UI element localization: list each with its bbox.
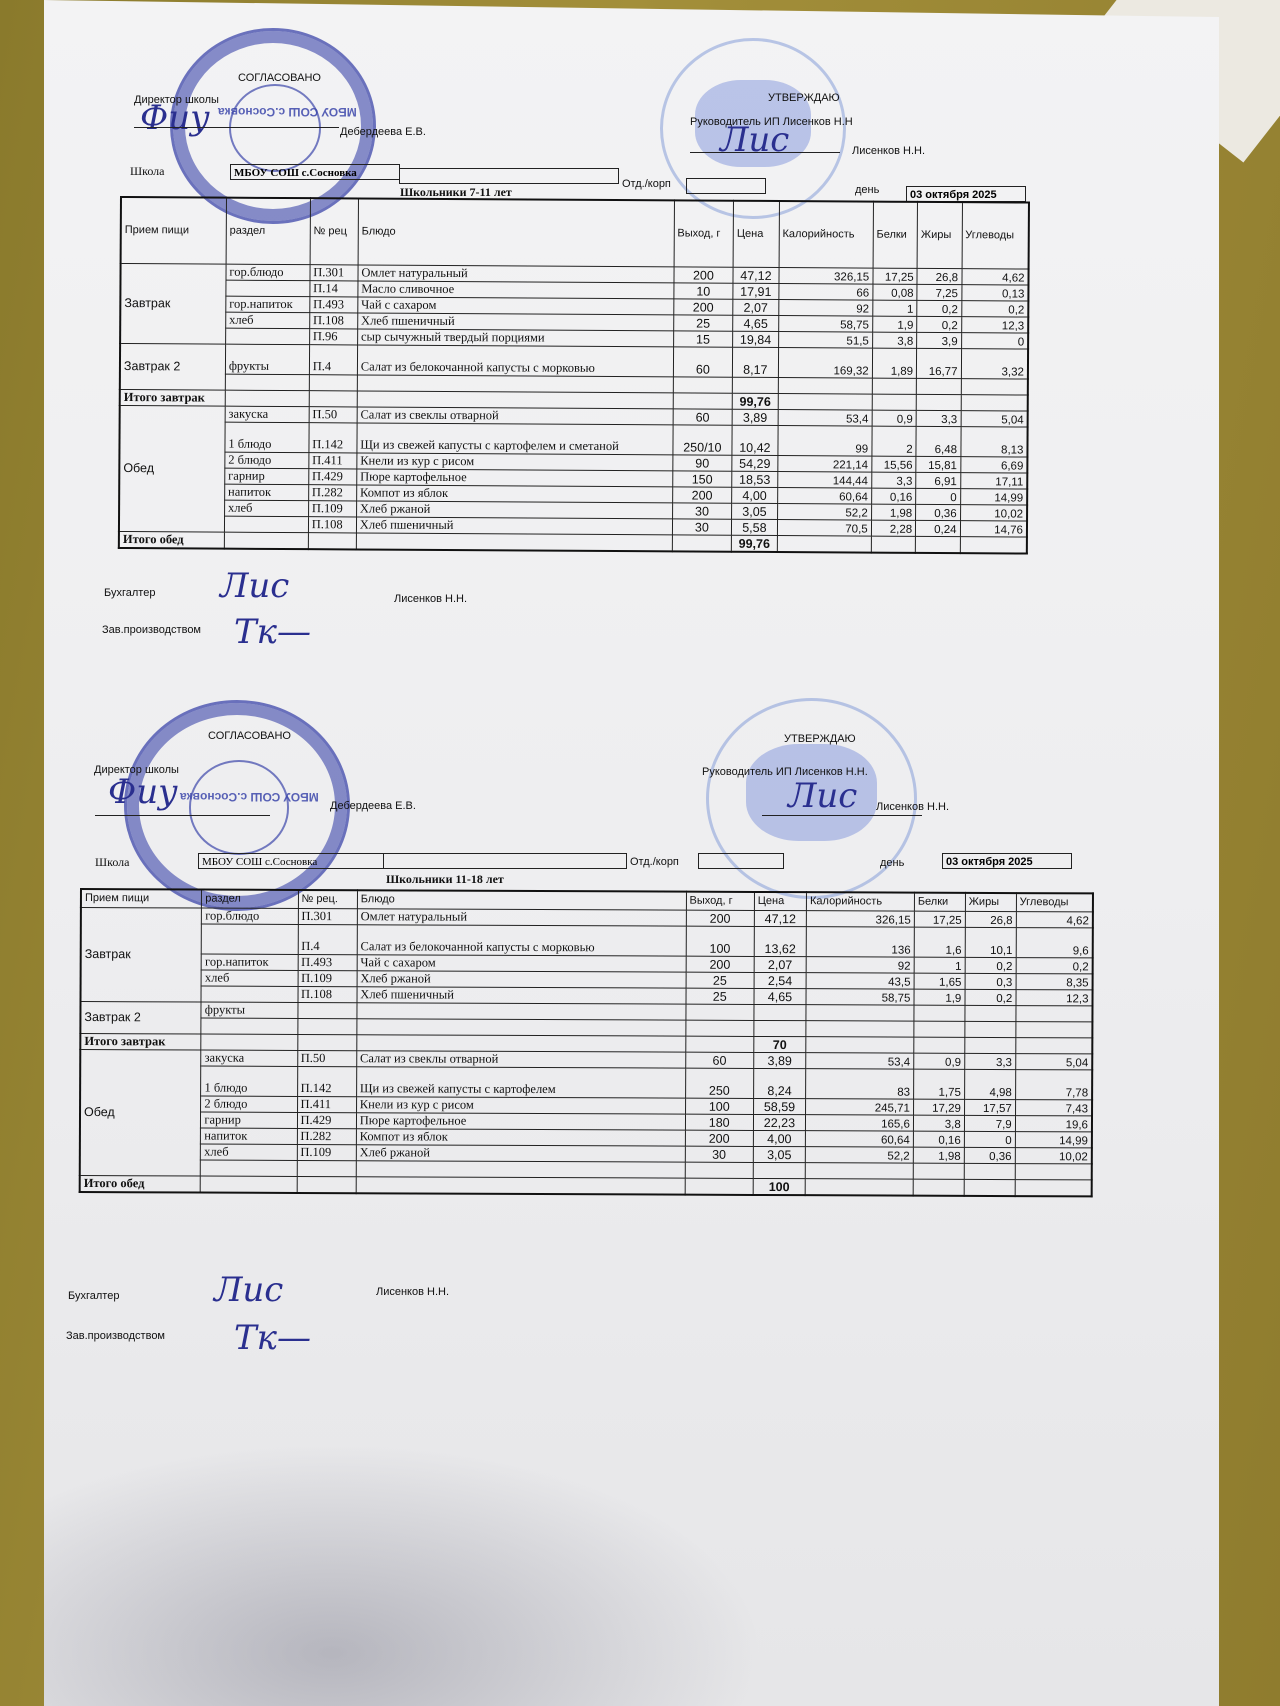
dish-cell: Компот из яблок [356,1128,685,1145]
dept-label: Отд./корп [622,178,671,190]
protein-cell [914,1005,965,1021]
dish-cell: Чай с сахаром [358,296,674,314]
empty-cell [673,392,733,408]
protein-cell: 1,98 [871,504,916,520]
accountant-signature-2: Лис [214,1270,283,1310]
director-signature: Фиу [140,98,210,138]
carbs-cell: 7,78 [1015,1069,1092,1099]
kcal-cell: 58,75 [806,988,914,1004]
carbs-cell: 10,02 [960,504,1027,520]
section-cell: гарнир [225,468,309,485]
empty-cell [916,394,960,410]
table-row: П.4Салат из белокочанной капусты с морко… [81,923,1093,957]
protein-cell: 3,3 [871,472,916,488]
kcal-cell [805,1162,913,1178]
yield-cell: 200 [672,486,732,502]
recipe-cell: П.411 [297,1096,356,1112]
section-cell [224,516,308,533]
recipe-cell: П.142 [297,1066,356,1096]
recipe-cell: П.108 [309,312,357,328]
price-cell: 47,12 [733,267,779,283]
recipe-cell: П.282 [308,484,356,500]
kcal-cell: 52,2 [805,1146,913,1162]
price-cell: 47,12 [754,910,806,926]
column-header: Выход, г [674,200,734,266]
accountant-name-2: Лисенков Н.Н. [376,1286,449,1298]
section-cell: гор.напиток [226,296,310,313]
dish-cell: Масло сливочное [358,280,674,298]
empty-cell [685,1036,753,1052]
production-signature: Тк— [234,612,311,652]
recipe-cell: П.429 [297,1112,356,1128]
approved-right-name-2: Лисенков Н.Н. [876,801,949,813]
approved-right-heading: УТВЕРЖДАЮ [768,92,840,104]
yield-cell: 250/10 [673,424,733,454]
total-label: Итого завтрак [80,1033,201,1050]
fat-cell [916,378,960,394]
kcal-cell: 58,75 [778,315,872,332]
empty-cell [201,1176,297,1193]
protein-cell: 17,29 [913,1099,964,1115]
empty-cell [224,532,308,549]
dish-cell: Омлет натуральный [358,264,674,282]
empty-cell [672,534,732,551]
kcal-cell: 326,15 [806,910,914,926]
section-cell [201,986,297,1002]
price-cell: 5,58 [732,519,778,535]
column-header: Цена [733,201,779,267]
protein-cell: 1,75 [913,1069,964,1099]
carbs-cell: 9,6 [1016,927,1093,957]
protein-cell [872,378,917,394]
fat-cell: 0,36 [916,504,960,520]
protein-cell: 1,9 [914,989,965,1005]
price-cell: 19,84 [733,331,779,347]
section-cell: закуска [201,1050,297,1066]
carbs-cell: 12,3 [1016,989,1093,1005]
kcal-cell [806,1020,914,1036]
day-value: 03 октября 2025 [906,186,1026,202]
section-cell: гор.напиток [201,954,297,970]
recipe-cell [309,374,357,390]
recipe-cell: П.108 [298,986,357,1002]
column-header: Калорийность [779,201,873,268]
accountant-label-2: Бухгалтер [68,1290,119,1302]
yield-cell: 30 [672,502,732,518]
header-row: Прием пищираздел№ рецБлюдоВыход, гЦенаКа… [121,197,1029,269]
column-header: Жиры [917,202,962,268]
dish-cell: Салат из белокочанной капусты с морковью [357,924,686,955]
price-cell: 2,07 [733,299,779,315]
dish-cell: Чай с сахаром [357,954,686,971]
kcal-cell: 169,32 [778,347,872,378]
approved-left-heading: СОГЛАСОВАНО [238,72,321,84]
yield-cell: 200 [673,298,733,314]
carbs-cell: 8,13 [960,426,1027,456]
total-price: 99,76 [732,393,778,409]
school-value-2: МБОУ СОШ с.Сосновка [198,853,384,869]
empty-cell [201,1034,297,1050]
carbs-cell: 0 [961,332,1028,348]
yield-cell: 200 [674,266,734,282]
fat-cell: 17,57 [964,1099,1015,1115]
protein-cell: 2 [872,426,917,456]
yield-cell: 150 [672,470,732,486]
protein-cell: 1 [873,300,918,316]
dish-cell: Салат из свеклы отварной [356,1050,685,1067]
carbs-cell: 0,2 [961,300,1028,316]
section-cell: гарнир [201,1112,297,1128]
menu-table-11-18: Прием пищираздел№ рец.БлюдоВыход, гЦенаК… [79,888,1094,1197]
kcal-cell: 92 [778,299,872,316]
carbs-cell: 4,62 [1016,911,1093,927]
section-cell [226,280,310,297]
yield-cell [685,1162,753,1178]
recipe-cell: П.109 [308,500,356,516]
carbs-cell: 6,69 [960,456,1027,472]
carbs-cell: 17,11 [960,472,1027,488]
carbs-cell: 14,76 [960,520,1027,536]
price-cell: 3,05 [732,503,778,519]
fat-cell: 0,36 [964,1147,1015,1163]
dish-cell: Пюре картофельное [356,1112,685,1129]
empty-cell [914,1037,965,1053]
day-value-2: 03 октября 2025 [942,853,1072,869]
recipe-cell: П.109 [297,1144,356,1160]
total-row: Итого обед100 [80,1175,1092,1196]
empty-cell [356,532,672,550]
total-label: Итого завтрак [120,389,225,406]
column-header: Калорийность [806,892,914,910]
column-header: № рец [310,198,358,264]
dish-cell: Пюре картофельное [357,468,673,486]
yield-cell: 60 [673,346,733,376]
recipe-cell: П.411 [309,452,357,468]
column-header: раздел [226,198,310,265]
approved-left-name: Дебердеева Е.В. [340,126,426,138]
carbs-cell: 7,43 [1015,1099,1092,1115]
meal-name: Завтрак 2 [80,1001,201,1034]
price-cell: 2,54 [754,972,806,988]
fat-cell [964,1163,1015,1179]
carbs-cell: 14,99 [960,488,1027,504]
carbs-cell: 14,99 [1015,1131,1092,1147]
recipe-cell: П.96 [309,328,357,344]
yield-cell: 100 [685,1098,753,1114]
fat-cell: 15,81 [916,456,960,472]
yield-cell: 90 [672,454,732,470]
protein-cell: 3,8 [913,1115,964,1131]
dept-label-2: Отд./корп [630,856,679,868]
column-header: Прием пищи [81,889,202,908]
yield-cell: 25 [673,314,733,330]
fat-cell: 3,9 [917,332,961,348]
kcal-cell: 51,5 [778,331,872,348]
kcal-cell: 221,14 [778,455,872,472]
recipe-cell: П.301 [310,264,358,280]
school-value-extra-2 [383,853,627,869]
dish-cell: Хлеб ржаной [357,970,686,987]
section-cell: гор.блюдо [226,264,310,281]
kcal-cell: 92 [806,956,914,972]
fat-cell: 6,48 [916,426,961,456]
price-cell: 4,00 [753,1130,805,1146]
protein-cell: 1,98 [913,1147,964,1163]
recipe-cell: П.282 [297,1128,356,1144]
protein-cell: 1,65 [914,973,965,989]
protein-cell: 1,89 [872,348,917,378]
fat-cell: 0,2 [965,957,1016,973]
fat-cell: 6,91 [916,472,960,488]
protein-cell: 0,16 [871,488,916,504]
yield-cell: 180 [685,1114,753,1130]
protein-cell [913,1163,964,1179]
carbs-cell: 4,62 [962,268,1029,284]
column-header: Блюдо [358,198,674,266]
fat-cell: 26,8 [965,911,1016,927]
empty-cell [915,536,959,553]
empty-cell [871,536,916,553]
carbs-cell: 5,04 [1015,1053,1092,1069]
photo-shadow [44,1440,764,1706]
carbs-cell [1016,1021,1093,1037]
fat-cell: 0,2 [965,989,1016,1005]
fat-cell: 3,3 [916,410,960,426]
kcal-cell: 83 [806,1068,914,1098]
protein-cell: 1,9 [872,316,917,332]
empty-cell [685,1178,753,1195]
dish-cell: Кнели из кур с рисом [357,452,673,470]
dish-cell: Хлеб ржаной [356,500,672,518]
recipe-cell: П.493 [310,296,358,312]
kcal-cell: 66 [779,283,873,300]
carbs-cell [1016,1005,1093,1021]
column-header: № рец. [298,890,357,908]
recipe-cell: П.4 [298,924,357,954]
fat-cell: 16,77 [917,348,962,378]
column-header: Белки [914,893,965,911]
empty-cell [964,1179,1015,1196]
yield-cell: 30 [672,518,732,534]
price-cell: 4,00 [732,487,778,503]
column-header: Выход, г [686,892,754,910]
group-title-2: Школьники 11-18 лет [386,872,504,887]
section-cell: фрукты [225,344,309,375]
accountant-label: Бухгалтер [104,587,155,599]
protein-cell: 0,9 [914,1053,965,1069]
yield-cell: 25 [686,972,754,988]
kcal-cell: 60,64 [777,487,871,504]
section-cell: 2 блюдо [201,1096,297,1112]
empty-cell [961,394,1028,410]
dish-cell: Хлеб пшеничный [356,516,672,534]
price-cell: 10,42 [732,425,778,455]
price-cell [732,377,778,393]
section-cell [225,328,309,345]
empty-cell [356,1176,685,1194]
recipe-cell: П.14 [310,280,358,296]
recipe-cell: П.429 [309,468,357,484]
meal-name: Обед [119,405,225,532]
empty-cell [806,1036,914,1052]
price-cell: 3,89 [754,1052,806,1068]
carbs-cell: 19,6 [1015,1115,1092,1131]
table-row: 1 блюдоП.142Щи из свежей капусты с карто… [80,1065,1092,1099]
recipe-cell: П.108 [308,516,356,532]
fat-cell: 0,3 [965,973,1016,989]
kcal-cell: 136 [806,926,914,956]
empty-cell [913,1179,964,1196]
empty-cell [309,390,357,406]
price-cell: 58,59 [753,1098,805,1114]
price-cell: 18,53 [732,471,778,487]
recipe-cell [297,1018,356,1034]
protein-cell: 17,25 [873,268,918,284]
kcal-cell: 326,15 [779,267,873,284]
fat-cell [965,1005,1016,1021]
section-cell: хлеб [201,1144,297,1160]
fat-cell: 0,2 [917,316,961,332]
yield-cell: 250 [685,1068,753,1098]
protein-cell: 15,56 [872,456,917,472]
column-header: Углеводы [1016,893,1093,911]
section-cell: 1 блюдо [201,1066,297,1096]
approved-left-heading-2: СОГЛАСОВАНО [208,730,291,742]
section-cell: гор.блюдо [202,908,298,924]
section-cell: хлеб [224,500,308,517]
dept-value [686,178,766,194]
kcal-cell: 53,4 [778,409,872,426]
fat-cell: 4,98 [964,1069,1015,1099]
total-price: 100 [753,1178,805,1195]
accountant-name: Лисенков Н.Н. [394,593,467,605]
carbs-cell: 8,35 [1016,973,1093,989]
section-cell: 1 блюдо [225,422,309,453]
column-header: раздел [202,890,298,908]
empty-cell [225,390,309,407]
price-cell [754,1004,806,1020]
dish-cell [357,1018,686,1035]
price-cell [753,1162,805,1178]
protein-cell [914,1021,965,1037]
price-cell: 8,17 [733,347,779,377]
school-label: Школа [130,164,164,179]
dish-cell: сыр сычужный твердый порциями [357,328,673,346]
approved-left-name-2: Дебердеева Е.В. [330,800,416,812]
price-cell: 4,65 [733,315,779,331]
total-label: Итого обед [119,531,224,548]
dish-cell [357,374,673,392]
fat-cell: 26,8 [917,268,961,284]
manager-signature: Лис [720,120,789,160]
fat-cell: 7,9 [964,1115,1015,1131]
price-cell: 4,65 [754,988,806,1004]
dish-cell: Салат из свеклы отварной [357,406,673,424]
production-label-2: Зав.производством [66,1330,165,1342]
empty-cell [1015,1179,1092,1196]
dish-cell: Хлеб ржаной [356,1144,685,1161]
kcal-cell: 99 [778,425,872,456]
section-cell: напиток [225,484,309,501]
fat-cell: 3,3 [965,1053,1016,1069]
recipe-cell: П.4 [309,344,357,374]
approved-right-heading-2: УТВЕРЖДАЮ [784,733,856,745]
day-label-2: день [880,857,904,869]
fat-cell: 0 [916,488,960,504]
total-label: Итого обед [80,1175,201,1192]
price-cell: 17,91 [733,283,779,299]
dish-cell [356,1160,685,1177]
section-cell: закуска [225,406,309,423]
empty-cell [960,536,1027,553]
table-row: 1 блюдоП.142Щи из свежей капусты с карто… [119,421,1027,457]
column-header: Белки [873,202,918,268]
section-cell: 2 блюдо [225,452,309,469]
yield-cell: 200 [686,956,754,972]
empty-cell [297,1176,356,1193]
yield-cell: 15 [673,330,733,346]
empty-cell [308,532,356,549]
kcal-cell: 144,44 [777,471,871,488]
day-label: день [855,184,879,196]
protein-cell: 1 [914,957,965,973]
meal-name: Завтрак [81,907,202,1002]
section-cell: напиток [201,1128,297,1144]
school-value-extra [399,168,619,184]
column-header: Блюдо [357,890,686,909]
protein-cell: 2,28 [871,520,916,536]
section-cell [202,924,298,954]
yield-cell [685,1020,753,1036]
empty-cell [357,1034,686,1051]
production-label: Зав.производством [102,624,201,636]
yield-cell [673,376,733,392]
price-cell: 22,23 [753,1114,805,1130]
meal-name: Обед [80,1049,201,1176]
carbs-cell: 5,04 [961,410,1028,426]
empty-cell [1016,1037,1093,1053]
carbs-cell: 10,02 [1015,1147,1092,1163]
dish-cell: Кнели из кур с рисом [356,1096,685,1113]
column-header: Жиры [965,893,1016,911]
protein-cell: 0,16 [913,1131,964,1147]
school-stamp-text: МБОУ СОШ с.Сосновка [218,105,357,119]
meal-name: Завтрак 2 [120,343,226,390]
manager-signature-2: Лис [788,776,857,816]
price-cell: 3,05 [753,1146,805,1162]
total-price: 70 [754,1036,806,1052]
price-cell [754,1020,806,1036]
price-cell: 54,29 [732,455,778,471]
carbs-cell: 3,32 [961,348,1028,378]
column-header: Цена [754,892,806,910]
kcal-cell [778,377,872,394]
yield-cell: 30 [685,1146,753,1162]
school-stamp-2-text: МБОУ СОШ с.Сосновка [180,790,319,804]
empty-cell [777,535,871,552]
dish-cell: Салат из белокочанной капусты с морковью [357,344,673,376]
fat-cell: 7,25 [917,284,961,300]
kcal-cell: 245,71 [806,1098,914,1114]
dish-cell: Хлеб пшеничный [358,312,674,330]
empty-cell [297,1034,356,1050]
dish-cell: Компот из яблок [356,484,672,502]
protein-cell: 0,9 [872,410,917,426]
menu-table-7-11: Прием пищираздел№ рецБлюдоВыход, гЦенаКа… [118,196,1030,554]
recipe-cell: П.301 [298,908,357,924]
empty-cell [778,393,872,410]
yield-cell: 10 [674,282,734,298]
